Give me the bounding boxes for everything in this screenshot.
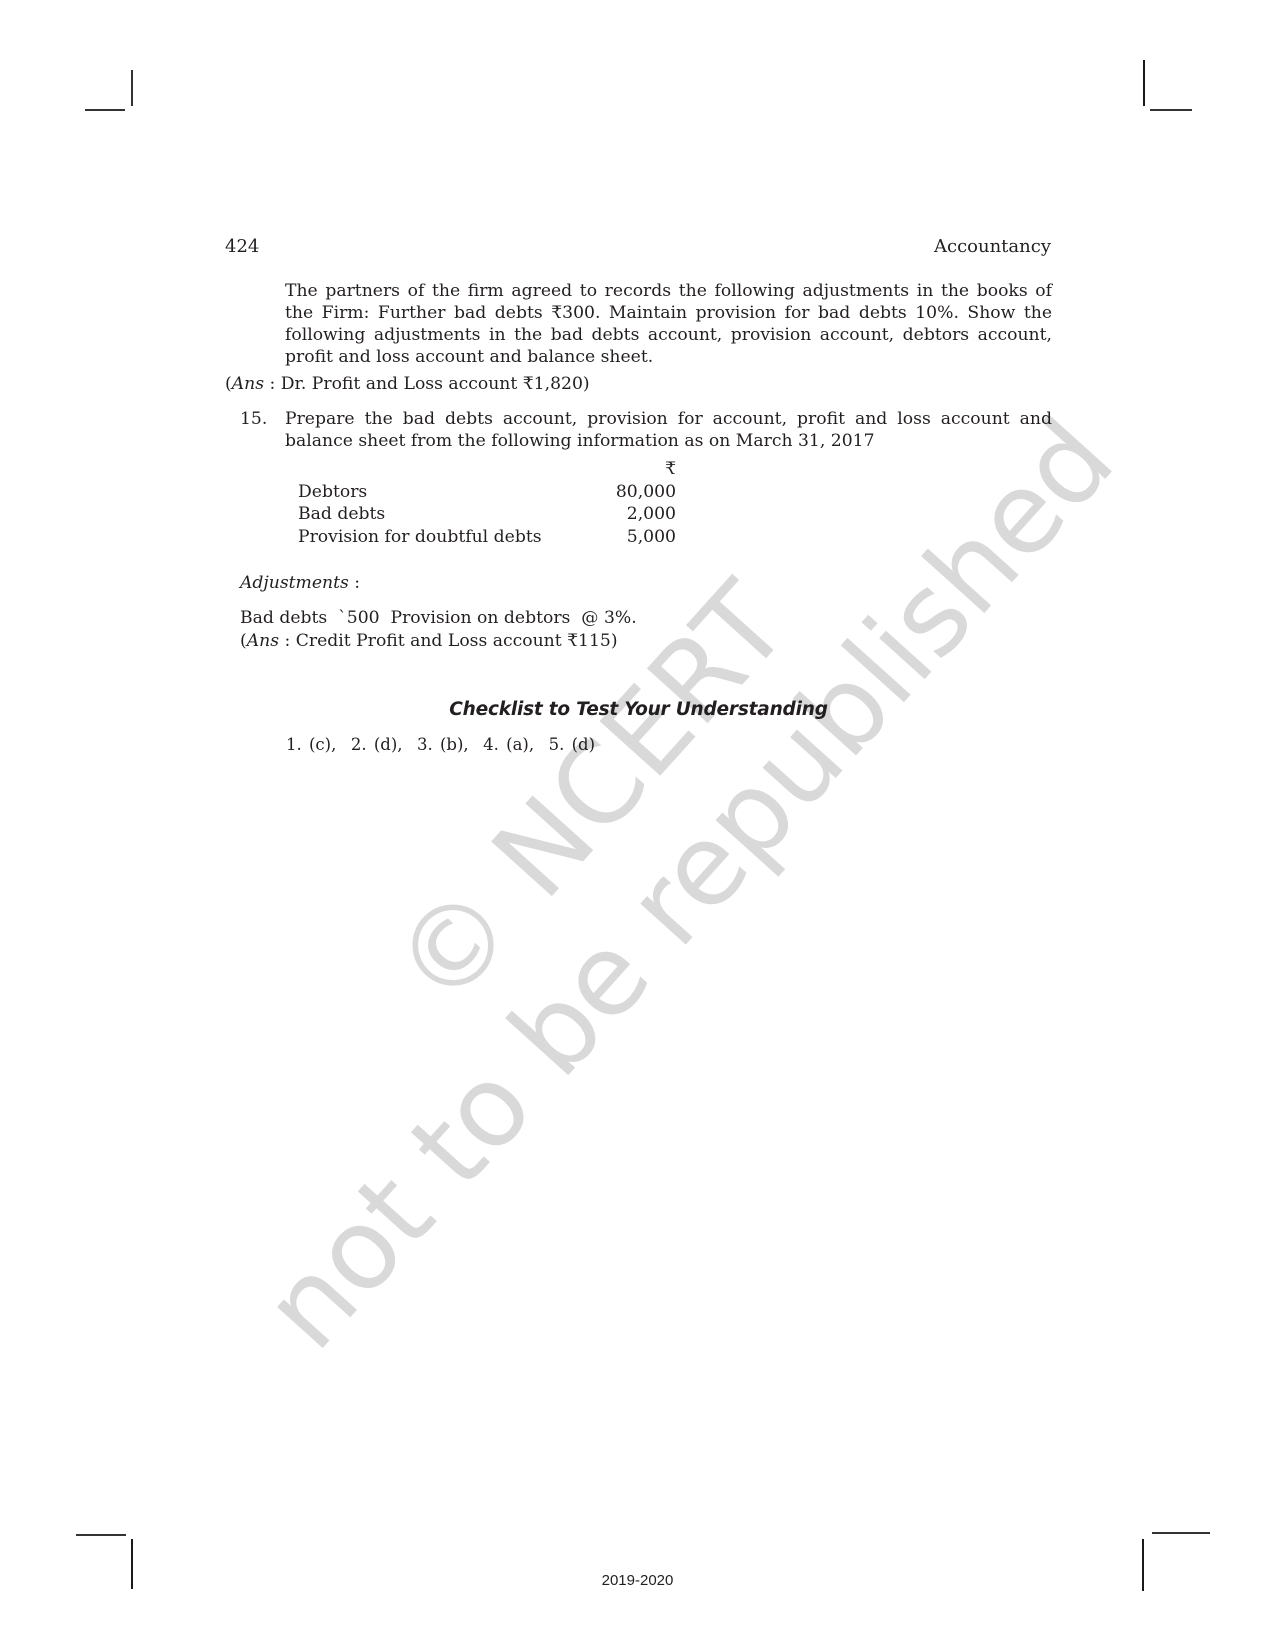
paragraph-line: The partners of the firm agreed to recor… — [285, 280, 1052, 302]
continuation-paragraph: The partners of the firm agreed to recor… — [285, 280, 1052, 368]
adjustments-heading-text: Adjustments — [240, 573, 349, 593]
answer-line-14: (Ans : Dr. Profit and Loss account ₹1,82… — [225, 373, 590, 395]
row-amount: 2,000 — [627, 503, 676, 526]
paragraph-line: profit and loss account and balance shee… — [285, 346, 1052, 368]
answer-label: Ans — [232, 374, 264, 394]
answer-text: : Dr. Profit and Loss account ₹1,820) — [264, 374, 590, 394]
page-number: 424 — [225, 236, 259, 258]
question-line: Prepare the bad debts account, provision… — [285, 408, 1052, 430]
answer-label: Ans — [247, 631, 279, 651]
footer-year: 2019-2020 — [0, 1572, 1275, 1589]
answer-line-15: (Ans : Credit Profit and Loss account ₹1… — [240, 630, 618, 652]
adjustments-heading: Adjustments : — [240, 572, 360, 594]
information-table: ₹ Debtors 80,000 Bad debts 2,000 Provisi… — [298, 458, 676, 548]
crop-mark-top-left-h — [85, 109, 125, 111]
question-number: 15. — [240, 408, 267, 430]
row-label: Debtors — [298, 481, 367, 504]
crop-mark-bottom-right-h — [1152, 1532, 1210, 1534]
answer-text: : Credit Profit and Loss account ₹115) — [279, 631, 618, 651]
paragraph-line: following adjustments in the bad debts a… — [285, 324, 1052, 346]
checklist-heading: Checklist to Test Your Understanding — [0, 699, 1275, 720]
adjustments-text: Bad debts `500 Provision on debtors @ 3%… — [240, 607, 637, 629]
table-row: Provision for doubtful debts 5,000 — [298, 526, 676, 549]
book-title: Accountancy — [934, 236, 1051, 258]
row-label: Provision for doubtful debts — [298, 526, 542, 549]
checklist-answers: 1. (c), 2. (d), 3. (b), 4. (a), 5. (d) — [286, 735, 595, 754]
question-text: Prepare the bad debts account, provision… — [285, 408, 1052, 452]
answer-open-paren: ( — [225, 374, 232, 394]
answer-open-paren: ( — [240, 631, 247, 651]
table-row: Bad debts 2,000 — [298, 503, 676, 526]
crop-mark-bottom-left-h — [76, 1534, 126, 1536]
crop-mark-top-right-h — [1150, 109, 1192, 111]
row-amount: 5,000 — [627, 526, 676, 549]
question-line: balance sheet from the following informa… — [285, 430, 1052, 452]
table-row: Debtors 80,000 — [298, 481, 676, 504]
paragraph-line: the Firm: Further bad debts ₹300. Mainta… — [285, 302, 1052, 324]
row-label: Bad debts — [298, 503, 385, 526]
crop-mark-top-right-v — [1143, 60, 1145, 106]
table-header-row: ₹ — [298, 458, 676, 481]
watermark-line-1: © NCERT — [140, 306, 1041, 1286]
crop-mark-top-left-v — [131, 70, 133, 106]
row-amount: 80,000 — [616, 481, 676, 504]
currency-header: ₹ — [665, 458, 676, 481]
adjustments-colon: : — [349, 573, 360, 593]
